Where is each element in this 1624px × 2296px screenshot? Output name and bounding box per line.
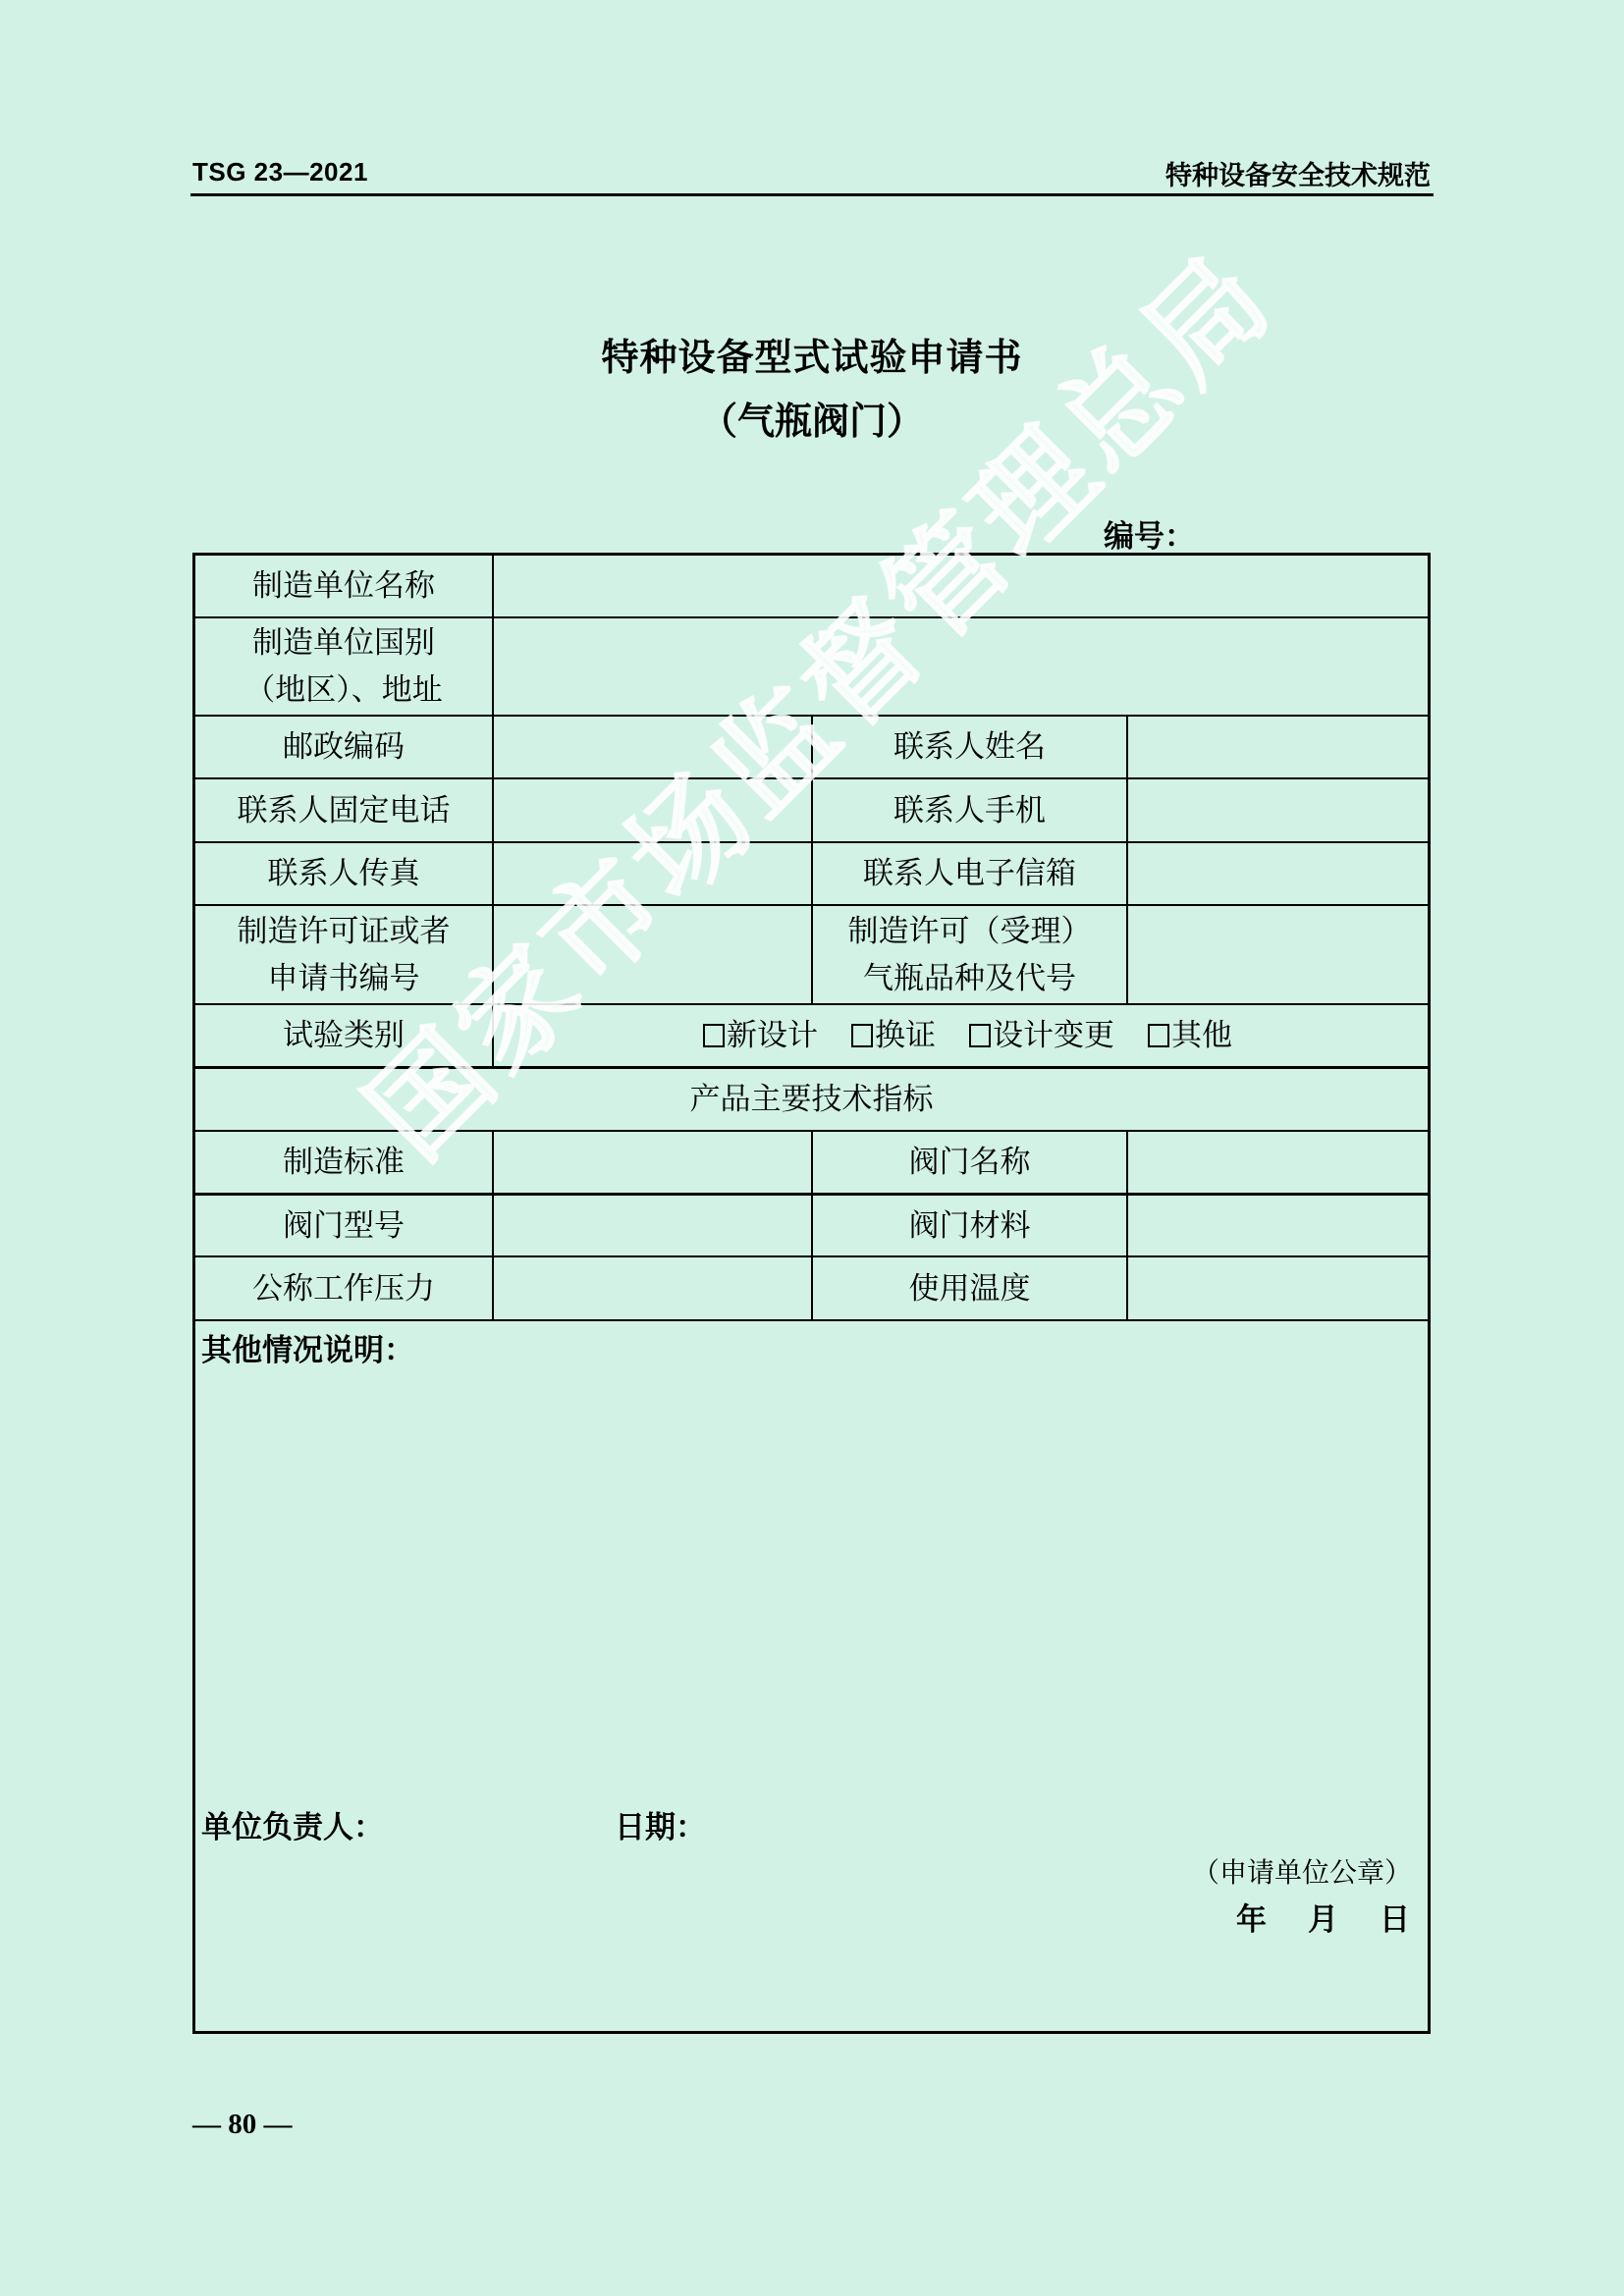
page-number: — 80 — [192,2109,293,2141]
remarks-field[interactable] [201,1380,1419,1792]
postal-code-field[interactable] [494,717,811,777]
valve-model-field[interactable] [494,1196,811,1255]
licensed-cylinder-types-label-line2: 气瓶品种及代号 [863,955,1076,1002]
manufacturer-address-label-line2: （地区）、地址 [244,667,443,714]
contact-fax-field[interactable] [494,843,811,904]
manufacturer-name-field[interactable] [494,556,1428,616]
valve-model-label: 阀门型号 [195,1196,492,1255]
checkbox-icon[interactable] [969,1024,991,1047]
licensed-cylinder-types-label: 制造许可（受理） 气瓶品种及代号 [813,906,1126,1003]
day-label: 日 [1380,1895,1410,1939]
license-number-label-line1: 制造许可证或者 [238,908,451,955]
manufacturer-address-field[interactable] [494,618,1428,715]
seal-date-fields: 年 月 日 [1236,1895,1410,1939]
manufacturing-standard-field[interactable] [494,1132,811,1193]
option-design-change-label: 设计变更 [993,1012,1114,1059]
series-title: 特种设备安全技术规范 [1165,154,1431,192]
service-temperature-label: 使用温度 [813,1257,1126,1319]
option-design-change[interactable]: 设计变更 [969,1012,1114,1059]
contact-landline-label: 联系人固定电话 [195,779,492,841]
postal-code-label: 邮政编码 [195,717,492,777]
option-other-label: 其他 [1171,1012,1232,1059]
licensed-cylinder-types-field[interactable] [1128,906,1428,1003]
license-number-label: 制造许可证或者 申请书编号 [195,906,492,1003]
remarks-section: 其他情况说明： 单位负责人： 日期： （申请单位公章） 年 月 日 [195,1321,1428,2031]
tech-specs-section-header: 产品主要技术指标 [195,1069,1428,1130]
contact-mobile-label: 联系人手机 [813,779,1126,841]
date-label: 日期： [615,1802,706,1846]
valve-material-field[interactable] [1128,1196,1428,1255]
option-new-design[interactable]: 新设计 [703,1012,818,1059]
contact-mobile-field[interactable] [1128,779,1428,841]
option-license-renewal[interactable]: 换证 [851,1012,936,1059]
contact-email-field[interactable] [1128,843,1428,904]
nominal-pressure-label: 公称工作压力 [195,1257,492,1319]
document-subtitle: （气瓶阀门） [0,391,1624,445]
remarks-label: 其他情况说明： [201,1325,414,1369]
manufacturing-standard-label: 制造标准 [195,1132,492,1193]
application-form-table: 制造单位名称 制造单位国别 （地区）、地址 邮政编码 联系人姓名 联系人固定电话… [192,553,1431,2034]
contact-fax-label: 联系人传真 [195,843,492,904]
valve-name-field[interactable] [1128,1132,1428,1193]
valve-name-label: 阀门名称 [813,1132,1126,1193]
serial-number-label: 编号： [1104,511,1195,556]
manufacturer-address-label-line1: 制造单位国别 [252,619,435,667]
test-category-options: 新设计 换证 设计变更 其他 [494,1005,1428,1066]
checkbox-icon[interactable] [703,1024,725,1047]
service-temperature-field[interactable] [1128,1257,1428,1319]
valve-material-label: 阀门材料 [813,1196,1126,1255]
checkbox-icon[interactable] [1148,1024,1169,1047]
option-other[interactable]: 其他 [1148,1012,1232,1059]
contact-landline-field[interactable] [494,779,811,841]
standard-code: TSG 23—2021 [192,157,368,187]
contact-name-field[interactable] [1128,717,1428,777]
responsible-person-label: 单位负责人： [201,1802,384,1846]
applicant-seal-label: （申请单位公章） [1192,1851,1412,1891]
option-license-renewal-label: 换证 [875,1012,936,1059]
contact-name-label: 联系人姓名 [813,717,1126,777]
licensed-cylinder-types-label-line1: 制造许可（受理） [848,908,1092,955]
manufacturer-address-label: 制造单位国别 （地区）、地址 [195,618,492,715]
year-label: 年 [1236,1895,1267,1939]
test-category-label: 试验类别 [195,1005,492,1066]
header-divider [190,193,1434,196]
option-new-design-label: 新设计 [727,1012,818,1059]
checkbox-icon[interactable] [851,1024,873,1047]
manufacturer-name-label: 制造单位名称 [195,556,492,616]
license-number-label-line2: 申请书编号 [268,955,420,1002]
month-label: 月 [1308,1895,1338,1939]
nominal-pressure-field[interactable] [494,1257,811,1319]
license-number-field[interactable] [494,906,811,1003]
document-title: 特种设备型式试验申请书 [0,327,1624,381]
contact-email-label: 联系人电子信箱 [813,843,1126,904]
